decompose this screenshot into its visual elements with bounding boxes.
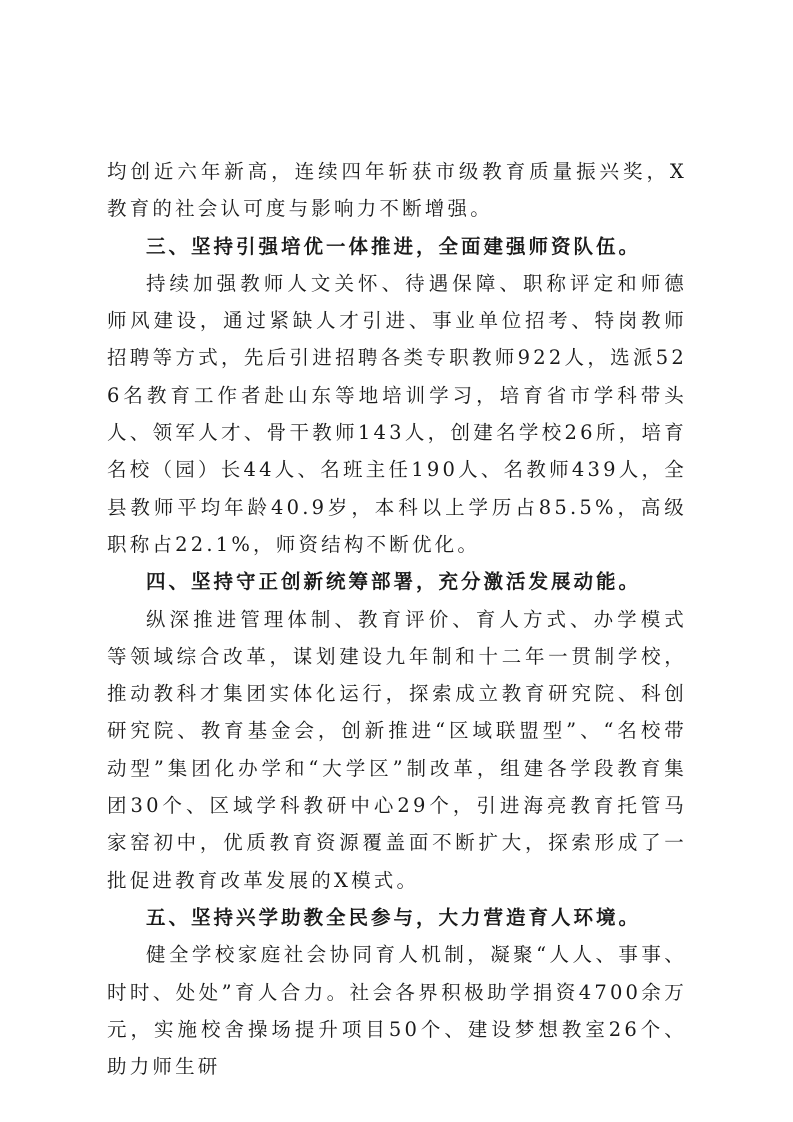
paragraph-teachers: 持续加强教师人文关怀、待遇保障、职称评定和师德师风建设，通过紧缺人才引进、事业单…: [107, 265, 687, 563]
document-page: 均创近六年新高，连续四年斩获市级教育质量振兴奖，X教育的社会认可度与影响力不断增…: [107, 153, 687, 1085]
paragraph-continuation: 均创近六年新高，连续四年斩获市级教育质量振兴奖，X教育的社会认可度与影响力不断增…: [107, 153, 687, 228]
section-heading-3: 三、坚持引强培优一体推进，全面建强师资队伍。: [107, 228, 687, 265]
section-heading-5: 五、坚持兴学助教全民参与，大力营造育人环境。: [107, 899, 687, 936]
paragraph-community: 健全学校家庭社会协同育人机制，凝聚“人人、事事、时时、处处”育人合力。社会各界积…: [107, 936, 687, 1085]
section-heading-4: 四、坚持守正创新统筹部署，充分激活发展动能。: [107, 563, 687, 600]
paragraph-reform: 纵深推进管理体制、教育评价、育人方式、办学模式等领域综合改革，谋划建设九年制和十…: [107, 601, 687, 899]
